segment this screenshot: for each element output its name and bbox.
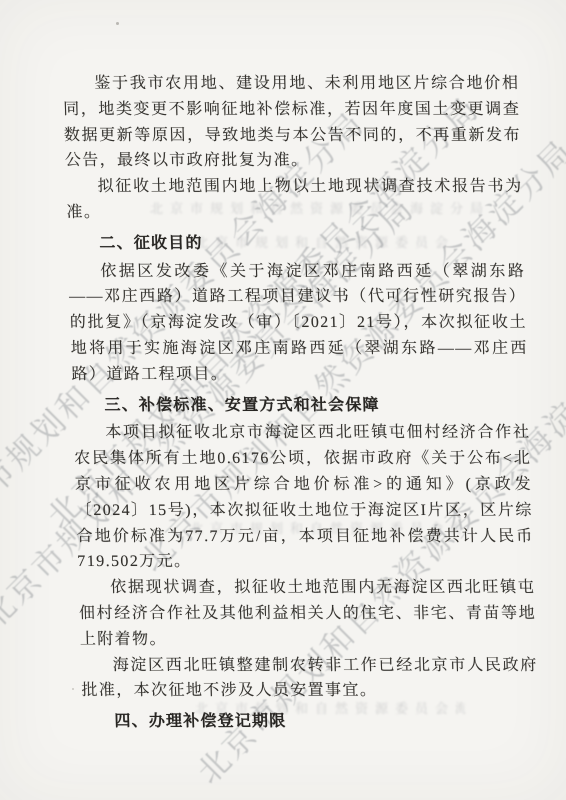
paragraph-attachment-survey: 依据现状调查，拟征收土地范围内无海淀区西北旺镇屯佃村经济合作社及其他利益相关人的… <box>78 575 537 652</box>
document-page: 北京市规划和自然资源委员会海淀分局 北京市规划和自然资源委员会海淀分局 北京市规… <box>0 0 566 800</box>
scan-artifact-dot <box>116 22 119 25</box>
paragraph-land-class-note: 鉴于我市农用地、建设用地、未利用地区片综合地价相同，地类变更不影响征地补偿标准，… <box>62 71 522 174</box>
heading-section-4-registration: 四、办理补偿登记期限 <box>82 709 540 735</box>
heading-section-3-compensation: 三、补偿标准、安置方式和社会保障 <box>72 393 530 419</box>
document-body: 鉴于我市农用地、建设用地、未利用地区片综合地价相同，地类变更不影响征地补偿标准，… <box>62 71 540 737</box>
paragraph-survey-report-note: 拟征收土地范围内地上物以土地现状调查技术报告书为准。 <box>65 174 524 226</box>
paragraph-resettlement-note: 海淀区西北旺镇整建制农转非工作已经北京市人民政府批准，本次征地不涉及人员安置事宜… <box>80 653 539 705</box>
paragraph-compensation-standard: 本项目拟征收北京市海淀区西北旺镇屯佃村经济合作社农民集体所有土地0.6176公顷… <box>73 420 535 575</box>
scan-artifact-dot <box>72 688 74 690</box>
heading-section-2-purpose: 二、征收目的 <box>67 231 525 257</box>
paragraph-project-approval: 依据区发改委《关于海淀区邓庄南路西延（翠湖东路——邓庄西路）道路工程项目建议书（… <box>68 259 529 388</box>
